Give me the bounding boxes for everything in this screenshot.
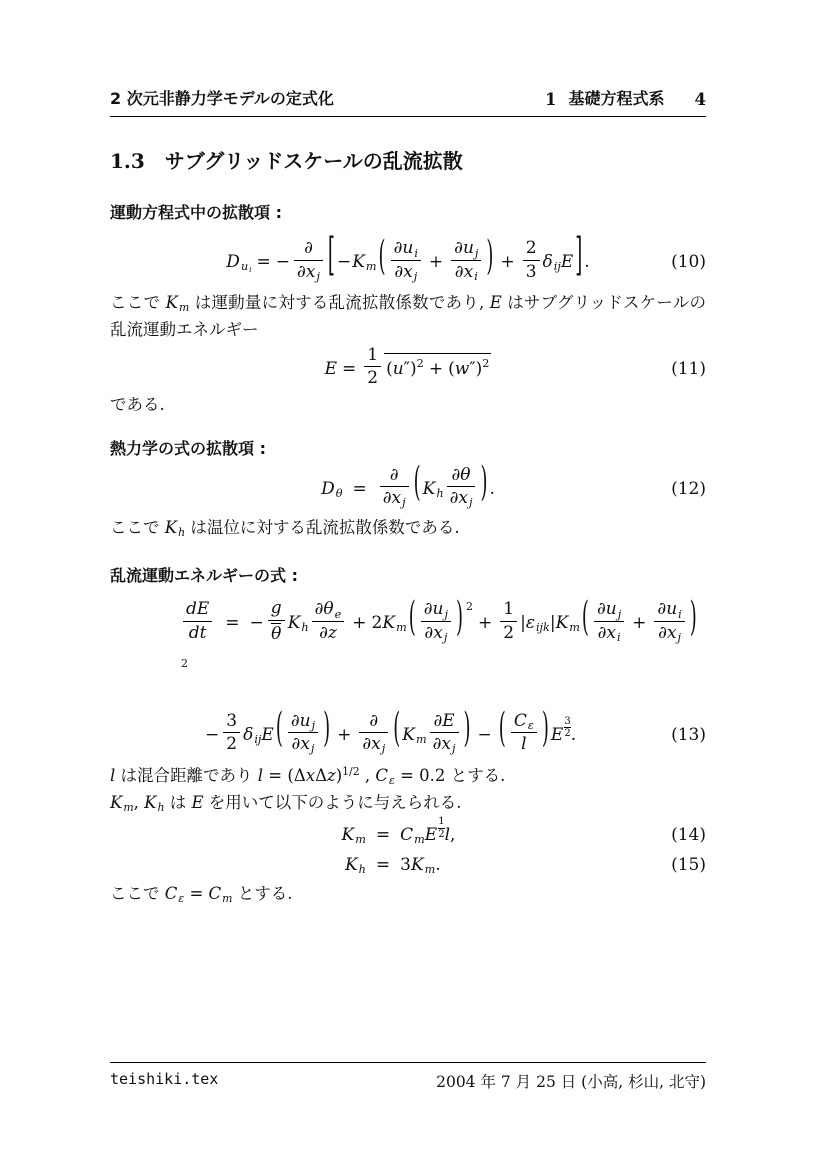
right-paren: ) xyxy=(486,199,493,316)
left-bracket: [ xyxy=(328,192,335,322)
paragraph-km-description: ここで Km は運動量に対する乱流拡散係数であり, E はサブグリッドスケールの… xyxy=(110,289,706,343)
document-page: 2 次元非静力学モデルの定式化 1 基礎方程式系 4 1.3サブグリッドスケール… xyxy=(0,0,826,1169)
left-paren: ( xyxy=(499,669,506,791)
equation-15: Kh=3Km. (15) xyxy=(110,850,706,880)
equation-10: Dui=−∂∂xj[−Km(∂ui∂xj+∂uj∂xi)+23δijE]. (1… xyxy=(110,236,706,289)
equation-14: Km=CmE12l, (14) xyxy=(110,820,706,850)
page-content: 2 次元非静力学モデルの定式化 1 基礎方程式系 4 1.3サブグリッドスケール… xyxy=(0,0,826,907)
paragraph-kh-description: ここで Kh は温位に対する乱流拡散係数である. xyxy=(110,514,706,541)
right-paren: ) xyxy=(456,555,463,681)
left-paren: ( xyxy=(276,669,283,791)
equation-number-12: (12) xyxy=(671,479,706,499)
right-paren: ) xyxy=(464,669,471,791)
equation-13: dEdt=−gθKh∂θe∂z+2Km(∂uj∂xj)2+12|εijk|Km(… xyxy=(110,595,706,762)
equation-number-15: (15) xyxy=(671,855,706,875)
right-paren: ) xyxy=(542,669,549,791)
equation-number-11: (11) xyxy=(671,359,706,379)
equation-number-14: (14) xyxy=(671,825,706,845)
running-header: 2 次元非静力学モデルの定式化 1 基礎方程式系 4 xyxy=(110,86,706,117)
section-number: 1.3 xyxy=(110,149,145,173)
equation-number-13: (13) xyxy=(671,725,706,745)
equation-11: E=12(u″)2+(w″)2 (11) xyxy=(110,347,706,391)
equation-13-line1: dEdt=−gθKh∂θe∂z+2Km(∂uj∂xj)2+12|εijk|Km(… xyxy=(110,595,706,708)
running-header-section-title: 基礎方程式系 xyxy=(569,86,665,109)
paragraph-mixing-length: l は混合距離であり l = (ΔxΔz)1/2 , Cε = 0.2 とする. xyxy=(110,762,706,789)
right-paren: ) xyxy=(323,669,330,791)
equation-number-10: (10) xyxy=(671,252,706,272)
running-header-page-number: 4 xyxy=(695,90,706,109)
left-paren: ( xyxy=(582,555,589,681)
running-header-title: 2 次元非静力学モデルの定式化 xyxy=(110,86,334,109)
paragraph-dearu: である. xyxy=(110,391,706,418)
section-title: サブグリッドスケールの乱流拡散 xyxy=(165,149,463,173)
equation-13-line2: −32δijE(∂uj∂xj)+∂∂xj(Km∂E∂xj)−(Cεl)E32. … xyxy=(110,708,706,763)
footer-date: 2004 年 7 月 25 日 (小高, 杉山, 北守) xyxy=(436,1070,706,1092)
left-paren: ( xyxy=(379,199,386,316)
subheading-thermo-diffusion: 熱力学の式の拡散項 : xyxy=(110,438,706,460)
equation-group-14-15: Km=CmE12l, (14) Kh=3Km. (15) xyxy=(110,820,706,880)
left-paren: ( xyxy=(393,669,400,791)
footer: teishiki.tex 2004 年 7 月 25 日 (小高, 杉山, 北守… xyxy=(110,1062,706,1092)
right-paren: ) xyxy=(690,555,697,681)
footer-filename: teishiki.tex xyxy=(110,1070,218,1092)
overline-group: (u″)2+(w″)2 xyxy=(384,353,491,379)
right-paren: ) xyxy=(480,428,487,541)
paragraph-km-kh-given-by-e: Km, Kh は E を用いて以下のように与えられる. xyxy=(110,789,706,816)
right-bracket: ] xyxy=(575,192,582,322)
running-header-section-number: 1 xyxy=(545,90,556,109)
subheading-momentum-diffusion: 運動方程式中の拡散項 : xyxy=(110,202,706,224)
left-paren: ( xyxy=(409,555,416,681)
left-paren: ( xyxy=(414,428,421,541)
section-heading: 1.3サブグリッドスケールの乱流拡散 xyxy=(110,148,706,174)
equation-12: Dθ=∂∂xj(Kh∂θ∂xj). (12) xyxy=(110,464,706,515)
running-header-section: 1 基礎方程式系 4 xyxy=(545,86,706,109)
paragraph-ce-equals-cm: ここで Cε = Cm とする. xyxy=(110,880,706,907)
